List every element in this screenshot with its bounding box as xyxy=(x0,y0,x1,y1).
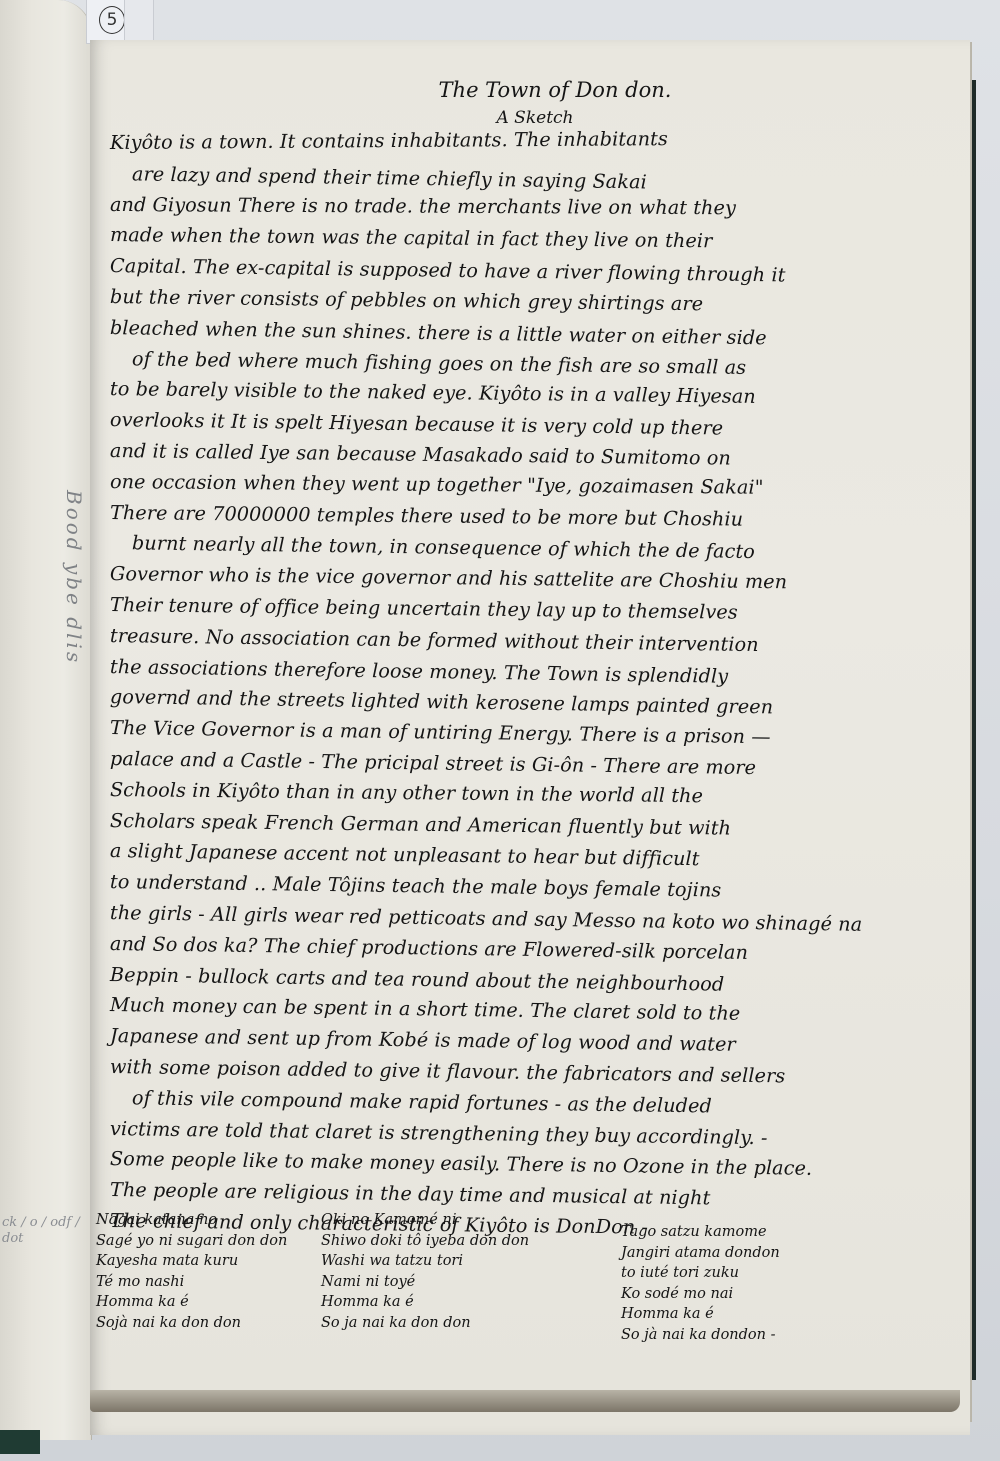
song-line: Homma ka é xyxy=(621,1304,881,1325)
song-line: Nami ni toyé xyxy=(321,1272,621,1293)
song-line: Sojà nai ka don don xyxy=(96,1313,321,1334)
song-line: Nagai katana no xyxy=(96,1210,321,1231)
manuscript-lines: Kiyôto is a town. It contains inhabitant… xyxy=(110,128,950,1237)
song-verse-1: Nagai katana noSagé yo ni sugari don don… xyxy=(96,1210,321,1345)
page-number-badge: 5 xyxy=(99,6,125,34)
song-verse-3: Tago satzu kamomeJangiri atama dondonto … xyxy=(621,1210,881,1345)
song-line: Sagé yo ni sugari don don xyxy=(96,1231,321,1252)
margin-pencil-note-lower: ck / o / odf / dot xyxy=(2,1215,91,1247)
song-line: Ko sodé mo nai xyxy=(621,1284,881,1305)
previous-page-curl: Bood ybe dlis ck / o / odf / dot xyxy=(0,0,92,1440)
song-line: Tago satzu kamome xyxy=(621,1222,881,1243)
page-bottom-edge xyxy=(90,1390,960,1412)
page-tab-secondary xyxy=(124,0,154,44)
song-line: So jà nai ka dondon - xyxy=(621,1325,881,1346)
song-line: Oki no Kamomé ni xyxy=(321,1210,621,1231)
song-line: Homma ka é xyxy=(96,1292,321,1313)
song-verses: Nagai katana noSagé yo ni sugari don don… xyxy=(96,1210,896,1345)
song-line: Kayesha mata kuru xyxy=(96,1251,321,1272)
page-title: The Town of Don don. xyxy=(160,78,950,108)
book-cover-corner xyxy=(0,1430,40,1454)
song-line: Jangiri atama dondon xyxy=(621,1243,881,1264)
song-line: Homma ka é xyxy=(321,1292,621,1313)
page-tabs: 5 xyxy=(80,0,150,42)
song-line: Shiwo doki tô iyeba don don xyxy=(321,1231,621,1252)
margin-pencil-note: Bood ybe dlis xyxy=(62,490,86,665)
song-line: Té mo nashi xyxy=(96,1272,321,1293)
manuscript-line: Kiyôto is a town. It contains inhabitant… xyxy=(110,122,950,159)
song-line: to iuté tori zuku xyxy=(621,1263,881,1284)
song-line: So ja nai ka don don xyxy=(321,1313,621,1334)
song-line: Washi wa tatzu tori xyxy=(321,1251,621,1272)
manuscript-text: The Town of Don don. A Sketch Kiyôto is … xyxy=(110,78,950,1237)
song-verse-2: Oki no Kamomé niShiwo doki tô iyeba don … xyxy=(321,1210,621,1345)
manuscript-line: and Giyosun There is no trade. the merch… xyxy=(110,190,950,225)
